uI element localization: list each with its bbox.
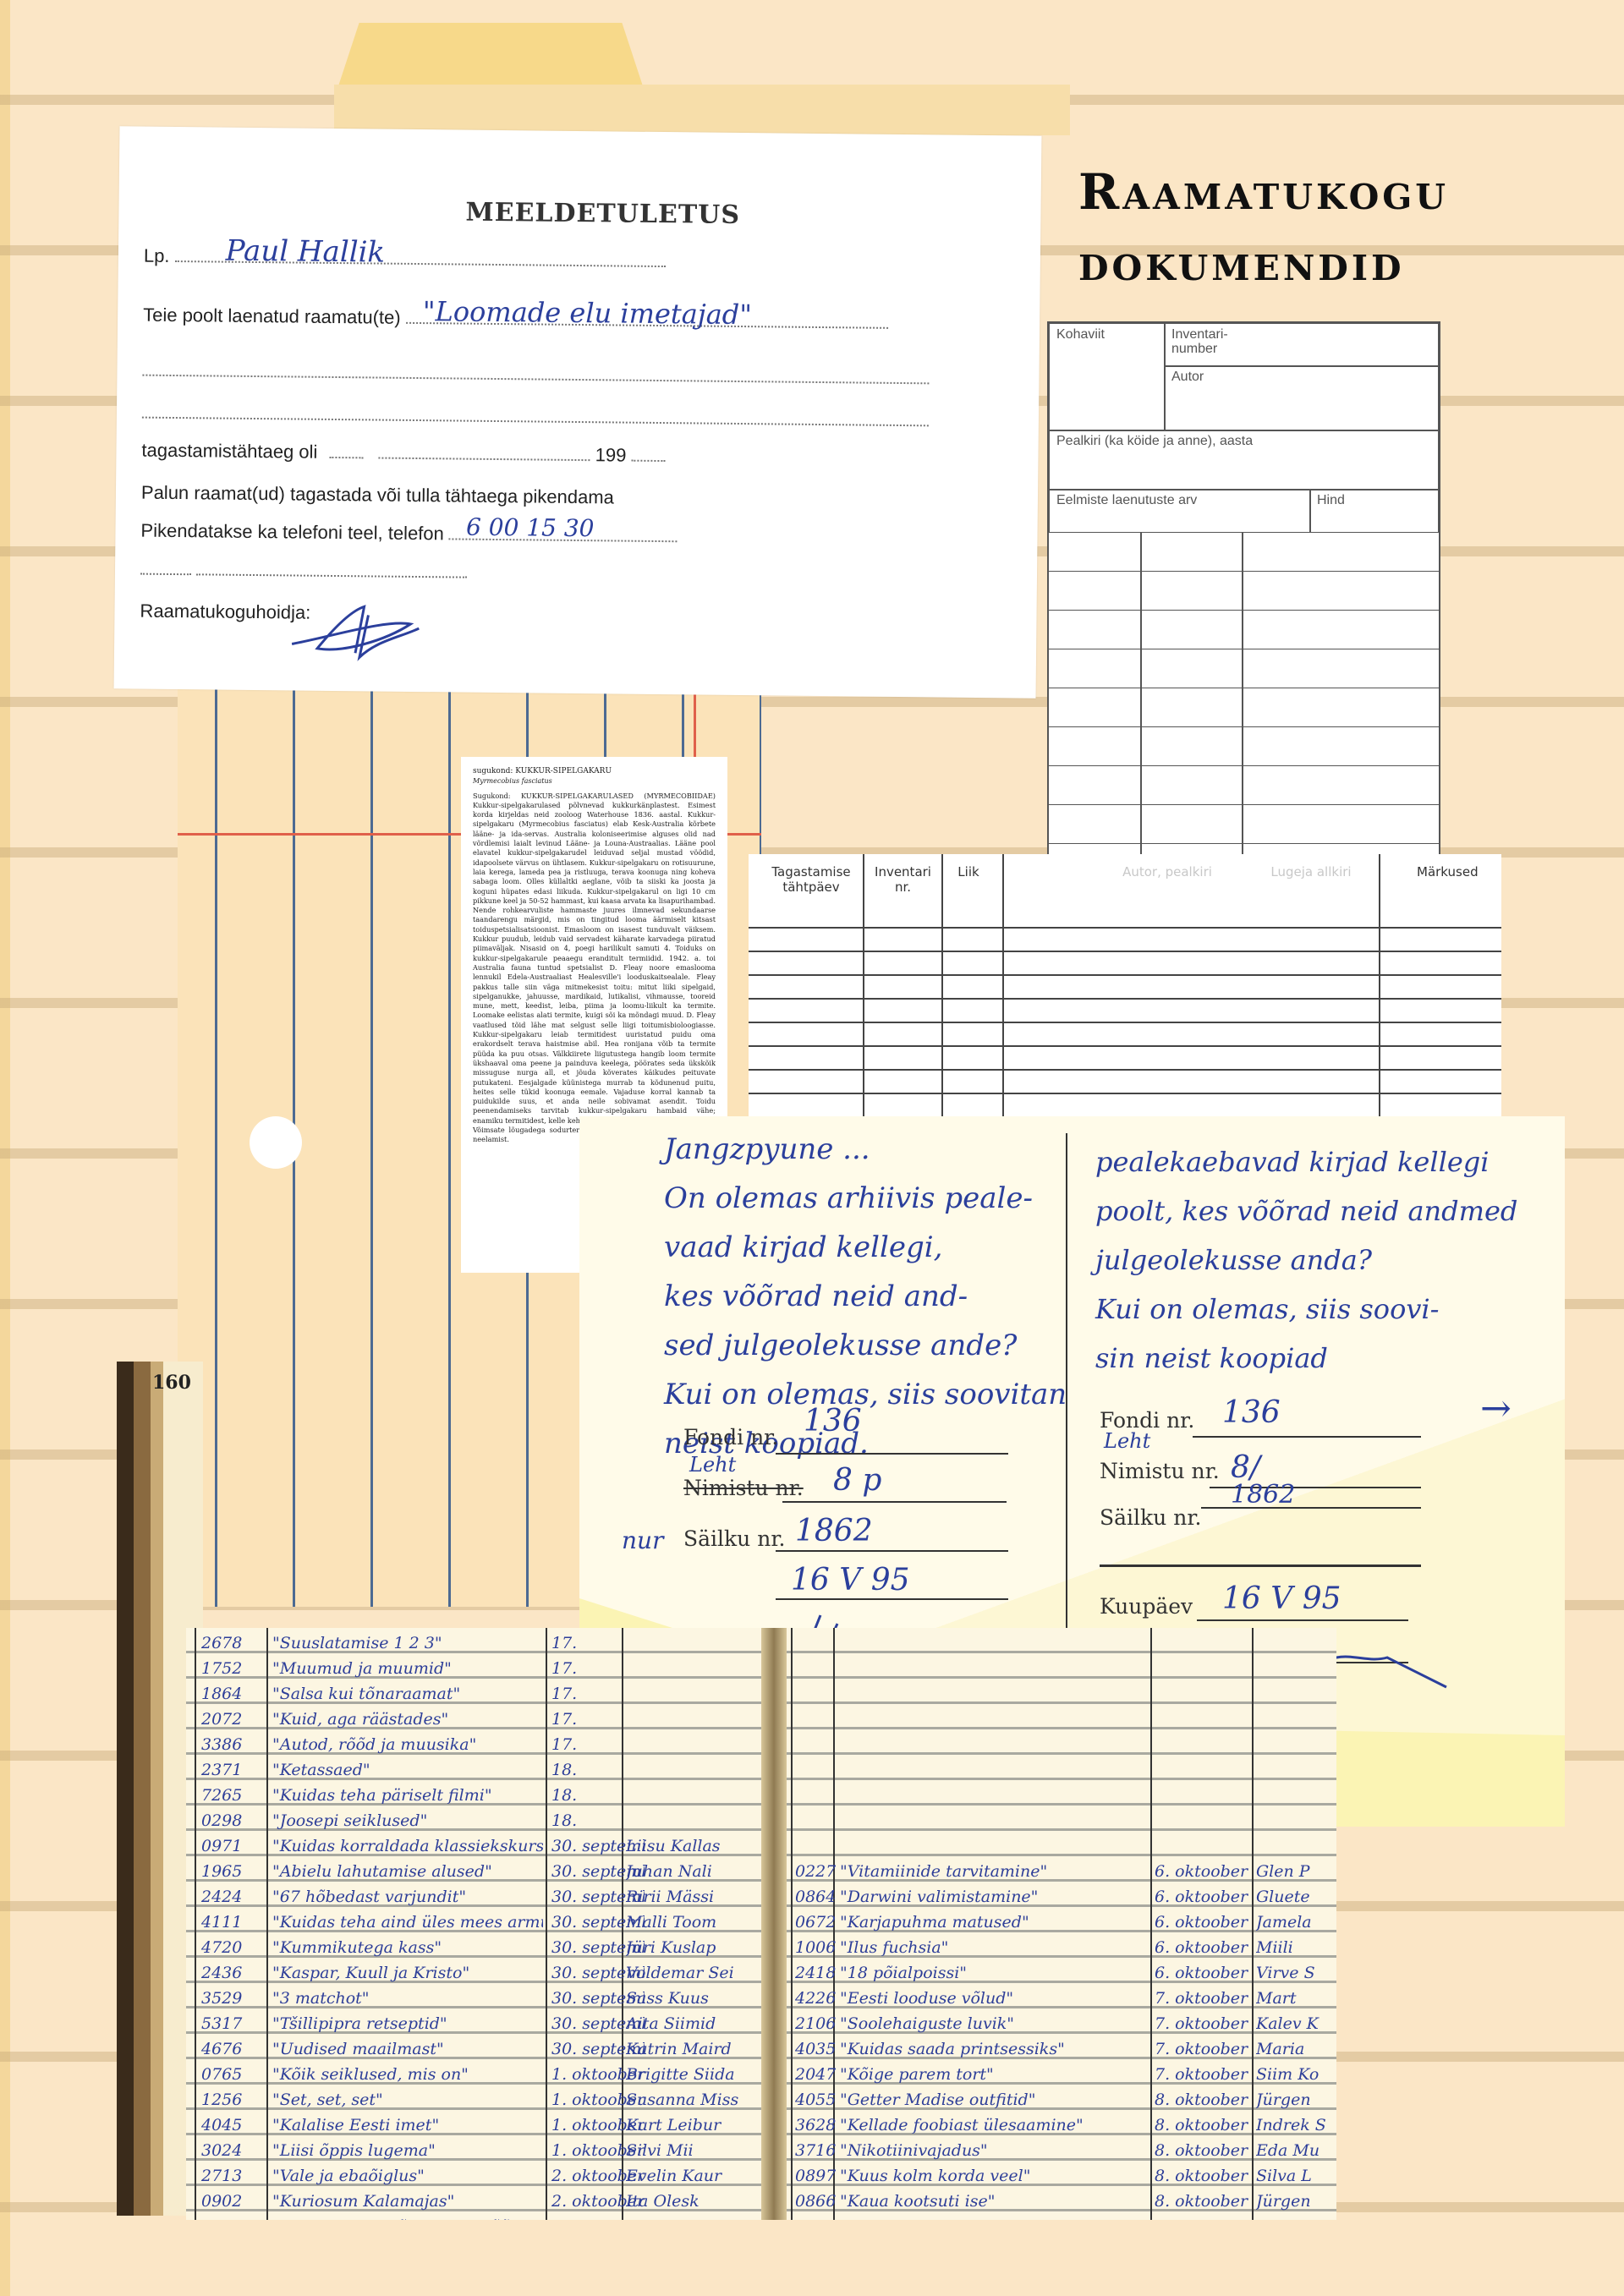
right-note-line: pealekaebavad kirjad kellegi bbox=[1095, 1137, 1517, 1186]
register-date: 17. bbox=[551, 1659, 645, 1678]
register-inv-number: 4476 bbox=[795, 2217, 836, 2220]
pealkiri-cell: Pealkiri (ka köide ja anne), aasta bbox=[1049, 430, 1439, 490]
sailiku-label-left: Säilku nr. bbox=[683, 1526, 785, 1551]
register-date: 17. bbox=[551, 1735, 645, 1754]
register-inv-number: 3386 bbox=[201, 1735, 265, 1754]
register-row: 0864"Darwini valimistamine"6. oktooberGl… bbox=[791, 1886, 1336, 1910]
register-date: 8. oktoober bbox=[1155, 2141, 1254, 2160]
register-title: "Set, set, set" bbox=[272, 2091, 543, 2109]
register-inv-number: 1965 bbox=[201, 1862, 265, 1881]
register-row: 0601"Kolmkeelsed sõnastikud sõõl"2. okto… bbox=[186, 2216, 778, 2220]
register-row: 2436"Kaspar, Kuull ja Kristo"30. septemb… bbox=[186, 1962, 778, 1986]
register-date: 8. oktoober bbox=[1155, 2192, 1254, 2211]
register-reader: Silva L bbox=[1256, 2167, 1336, 2185]
register-title: "Tšillipipra retseptid" bbox=[272, 2014, 543, 2033]
register-date: 7. oktoober bbox=[1155, 2065, 1254, 2084]
loan-form: Tagastamise tähtpäev Inventari nr. Liik … bbox=[749, 854, 1501, 1133]
register-inv-number: 1752 bbox=[201, 1659, 265, 1678]
register-row: 4226"Eesti looduse võlud"7. oktooberMart bbox=[791, 1987, 1336, 2012]
register-row: 7265"Kuidas teha päriselt filmi"18. bbox=[186, 1784, 778, 1809]
register-reader: Evelin Kaur bbox=[626, 2167, 761, 2185]
register-row: 4035"Kuidas saada printsessiks"7. oktoob… bbox=[791, 2038, 1336, 2063]
register-inv-number: 2678 bbox=[201, 1634, 265, 1652]
autor-cell: Autor bbox=[1164, 365, 1439, 431]
register-row: 1864"Salsa kui tõnaraamat"17. bbox=[186, 1683, 778, 1707]
register-title: "Joosepi seiklused" bbox=[272, 1811, 543, 1830]
register-inv-number: 3716 bbox=[795, 2141, 836, 2160]
register-title: "Kõige parem tort" bbox=[840, 2065, 1153, 2084]
register-title: "Kuriosum Kalamajas" bbox=[272, 2192, 543, 2211]
register-title: "Kuus kolm korda veel" bbox=[840, 2167, 1153, 2185]
register-row: 3716"Nikotiinivajadus"8. oktooberEda Mu bbox=[791, 2140, 1336, 2164]
register-title: "Getter Madise outfitid" bbox=[840, 2091, 1153, 2109]
register-title: "18 põialpoissi" bbox=[840, 1964, 1153, 1982]
kuupaev-value-right: 16 V 95 bbox=[1222, 1581, 1341, 1616]
register-row: 4720"Kummikutega kass"30. septemberJüri … bbox=[186, 1937, 778, 1961]
sailiku-value-left: 1862 bbox=[795, 1514, 873, 1548]
register-row: 0902"Kuriosum Kalamajas"2. oktooberIta O… bbox=[186, 2190, 778, 2215]
register-inv-number: 0298 bbox=[201, 1811, 265, 1830]
register-inv-number: 0864 bbox=[795, 1888, 836, 1906]
register-row: 1256"Set, set, set"1. oktooberSusanna Mi… bbox=[186, 2089, 778, 2113]
register-row: 4476"Banaani kolm ja juga"8. oktooberKik… bbox=[791, 2216, 1336, 2220]
register-title: "Ketassaed" bbox=[272, 1761, 543, 1779]
register-title: "Kuidas teha päriselt filmi" bbox=[272, 1786, 543, 1805]
register-row: 2047"Kõige parem tort"7. oktooberSiim Ko bbox=[791, 2063, 1336, 2088]
left-note-line: kes võõrad neid and- bbox=[664, 1272, 1067, 1321]
register-title: "Ilus fuchsia" bbox=[840, 1938, 1153, 1957]
register-date: 18. bbox=[551, 1786, 645, 1805]
register-inv-number: 1864 bbox=[201, 1685, 265, 1703]
register-row: 2713"Vale ja ebaõiglus"2. oktooberEvelin… bbox=[186, 2165, 778, 2189]
register-title: "Kuidas saada printsessiks" bbox=[840, 2040, 1153, 2058]
register-title: "Vitamiinide tarvitamine" bbox=[840, 1862, 1153, 1881]
register-title: "Soolehaiguste luvik" bbox=[840, 2014, 1153, 2033]
register-date: 6. oktoober bbox=[1155, 1888, 1254, 1906]
article-body: Sugukond: KUKKUR-SIPELGAKARULASED (MYRME… bbox=[473, 792, 716, 1145]
register-row: 0227"Vitamiinide tarvitamine"6. oktoober… bbox=[791, 1860, 1336, 1885]
register-row: 3529"3 matchot"30. septemberSass Kuus bbox=[186, 1987, 778, 2012]
register-reader: Kiki V bbox=[1256, 2217, 1336, 2220]
register-inv-number: 0672 bbox=[795, 1913, 836, 1932]
arrow-icon: → bbox=[1480, 1387, 1512, 1430]
header-inventari: Inventari nr. bbox=[867, 864, 939, 895]
register-reader: Virve S bbox=[1256, 1964, 1336, 1982]
register-row: 2371"Ketassaed"18. bbox=[186, 1759, 778, 1784]
register-title: "Karjapuhma matused" bbox=[840, 1913, 1153, 1932]
register-inv-number: 7265 bbox=[201, 1786, 265, 1805]
register-title: "Suuslatamise 1 2 3" bbox=[272, 1634, 543, 1652]
register-reader: Maria bbox=[1256, 2040, 1336, 2058]
register-inv-number: 2047 bbox=[795, 2065, 836, 2084]
register-title: "Uudised maailmast" bbox=[272, 2040, 543, 2058]
register-reader: Ita Olesk bbox=[626, 2192, 761, 2211]
left-handwritten-note: Jangzpyune ...On olemas arhiivis peale-v… bbox=[664, 1125, 1067, 1468]
register-inv-number: 4226 bbox=[795, 1989, 836, 2008]
register-row: 2678"Suuslatamise 1 2 3"17. bbox=[186, 1632, 778, 1657]
register-title: "Kuidas teha aind üles mees armulikult" bbox=[272, 1913, 543, 1932]
register-reader: Miili bbox=[1256, 1938, 1336, 1957]
register-inv-number: 2424 bbox=[201, 1888, 265, 1906]
register-date: 6. oktoober bbox=[1155, 1862, 1254, 1881]
register-title: "Nikotiinivajadus" bbox=[840, 2141, 1153, 2160]
register-reader: Susanna Miss bbox=[626, 2091, 761, 2109]
request-text: Palun raamat(ud) tagastada või tulla täh… bbox=[141, 482, 614, 509]
register-inv-number: 4111 bbox=[201, 1913, 265, 1932]
register-title: "Muumud ja muumid" bbox=[272, 1659, 543, 1678]
register-title: "Banaani kolm ja juga" bbox=[840, 2217, 1153, 2220]
article-latin-name: Myrmecobius fasciatus bbox=[473, 776, 716, 786]
register-row: 2424"67 hõbedast varjundit"30. september… bbox=[186, 1886, 778, 1910]
kuupaev-value-left: 16 V 95 bbox=[791, 1563, 910, 1597]
lp-label: Lp. bbox=[144, 245, 170, 266]
register-title: "3 matchot" bbox=[272, 1989, 543, 2008]
register-row: 5317"Tšillipipra retseptid"30. september… bbox=[186, 2013, 778, 2037]
lp-name: Paul Hallik bbox=[225, 234, 385, 270]
register-title: "Kolmkeelsed sõnastikud sõõl" bbox=[272, 2217, 543, 2220]
nimistu-value-left: 8 p bbox=[833, 1463, 881, 1498]
register-row: 0765"Kõik seiklused, mis on"1. oktooberB… bbox=[186, 2063, 778, 2088]
register-title: "Salsa kui tõnaraamat" bbox=[272, 1685, 543, 1703]
right-note-line: poolt, kes võõrad neid andmed bbox=[1095, 1186, 1517, 1236]
register-row: 0298"Joosepi seiklused"18. bbox=[186, 1810, 778, 1834]
register-date: 8. oktoober bbox=[1155, 2091, 1254, 2109]
loan-register: 2678"Suuslatamise 1 2 3"17.1752"Muumud j… bbox=[186, 1628, 1336, 2220]
register-row: 1752"Muumud ja muumid"17. bbox=[186, 1658, 778, 1682]
register-date: 8. oktoober bbox=[1155, 2116, 1254, 2134]
left-note-line: Jangzpyune ... bbox=[664, 1125, 1067, 1174]
register-inv-number: 4676 bbox=[201, 2040, 265, 2058]
article-heading: sugukond: KUKKUR-SIPELGAKARU bbox=[473, 767, 716, 776]
register-date: 18. bbox=[551, 1811, 645, 1830]
register-row: 0897"Kuus kolm korda veel"8. oktooberSil… bbox=[791, 2165, 1336, 2189]
register-inv-number: 0897 bbox=[795, 2167, 836, 2185]
register-row: 3386"Autod, rõõd ja muusika"17. bbox=[186, 1734, 778, 1758]
register-reader: Voldemar Sei bbox=[626, 1964, 761, 1982]
register-row: 4045"Kalalise Eesti imet"1. oktooberKurt… bbox=[186, 2114, 778, 2139]
register-inv-number: 0902 bbox=[201, 2192, 265, 2211]
register-reader: Jürgen bbox=[1256, 2091, 1336, 2109]
header-lugeja-allkiri: Lugeja allkiri bbox=[1256, 864, 1366, 879]
reminder-title: MEELDETULETUS bbox=[465, 198, 740, 230]
register-title: "Kaua kootsuti ise" bbox=[840, 2192, 1153, 2211]
register-title: "Kalalise Eesti imet" bbox=[272, 2116, 543, 2134]
folder-edge bbox=[334, 85, 1070, 135]
register-title: "67 hõbedast varjundit" bbox=[272, 1888, 543, 1906]
register-reader: Ririi Mässi bbox=[626, 1888, 761, 1906]
register-row: 3628"Kellade foobiast ülesaamine"8. okto… bbox=[791, 2114, 1336, 2139]
fond-label-left: Fondi nr. bbox=[683, 1425, 778, 1449]
register-reader: Sass Kuus bbox=[626, 1989, 761, 2008]
register-date: 8. oktoober bbox=[1155, 2167, 1254, 2185]
right-note-line: Kui on olemas, siis soovi- bbox=[1095, 1285, 1517, 1334]
due-year: 199 bbox=[595, 444, 627, 465]
lp-row: Lp. Paul Hallik bbox=[144, 245, 666, 272]
register-inv-number: 1006 bbox=[795, 1938, 836, 1957]
register-reader: Juhan Nali bbox=[626, 1862, 761, 1881]
nimistu-correction-right: Leht bbox=[1104, 1429, 1150, 1453]
register-date: 7. oktoober bbox=[1155, 2014, 1254, 2033]
right-note-line: sin neist koopiad bbox=[1095, 1334, 1517, 1383]
register-reader: Glen P bbox=[1256, 1862, 1336, 1881]
register-date: 17. bbox=[551, 1685, 645, 1703]
register-inv-number: 4720 bbox=[201, 1938, 265, 1957]
page-title-line2: dokumendid bbox=[1078, 227, 1552, 299]
register-title: "Autod, rõõd ja muusika" bbox=[272, 1735, 543, 1754]
fond-value-left: 136 bbox=[804, 1404, 862, 1438]
borrowed-row: Teie poolt laenatud raamatu(te) "Loomade… bbox=[143, 304, 888, 334]
register-reader: Kurt Leibur bbox=[626, 2116, 761, 2134]
register-title: "Kellade foobiast ülesaamine" bbox=[840, 2116, 1153, 2134]
left-note-line: sed julgeolekusse ande? bbox=[664, 1321, 1067, 1370]
left-note-line: Kui on olemas, siis soovitan bbox=[664, 1370, 1067, 1419]
phone-label: Pikendatakse ka telefoni teel, telefon bbox=[140, 520, 444, 545]
register-row: 0672"Karjapuhma matused"6. oktooberJamel… bbox=[791, 1911, 1336, 1936]
register-date: 6. oktoober bbox=[1155, 1964, 1254, 1982]
register-inv-number: 1256 bbox=[201, 2091, 265, 2109]
register-title: "Eesti looduse võlud" bbox=[840, 1989, 1153, 2008]
register-title: "Kummikutega kass" bbox=[272, 1938, 543, 1957]
register-title: "Kuidas korraldada klassiekskursiooni" bbox=[272, 1837, 543, 1855]
due-label: tagastamistähtaeg oli bbox=[141, 440, 317, 463]
register-row: 1006"Ilus fuchsia"6. oktooberMiili bbox=[791, 1937, 1336, 1961]
register-reader: Liisu Kallas bbox=[626, 1837, 761, 1855]
punch-hole bbox=[250, 1116, 302, 1169]
register-inv-number: 2713 bbox=[201, 2167, 265, 2185]
borrowed-book: "Loomade elu imetajad" bbox=[423, 295, 753, 331]
register-date: 7. oktoober bbox=[1155, 1989, 1254, 2008]
hind-cell: Hind bbox=[1309, 489, 1439, 533]
register-date: 6. oktoober bbox=[1155, 1938, 1254, 1957]
register-row: 4676"Uudised maailmast"30. septemberKatr… bbox=[186, 2038, 778, 2063]
register-reader: Jürgen bbox=[1256, 2192, 1336, 2211]
fond-value-right: 136 bbox=[1222, 1395, 1281, 1430]
register-date: 6. oktoober bbox=[1155, 1913, 1254, 1932]
sailiku-label-right: Säilku nr. bbox=[1100, 1505, 1201, 1530]
right-handwritten-note: pealekaebavad kirjad kellegipoolt, kes v… bbox=[1095, 1137, 1517, 1383]
phone-number: 6 00 15 30 bbox=[466, 513, 595, 543]
register-inv-number: 0765 bbox=[201, 2065, 265, 2084]
register-title: "Kõik seiklused, mis on" bbox=[272, 2065, 543, 2084]
register-reader: Indrek S bbox=[1256, 2116, 1336, 2134]
sailiku-value-right: 1862 bbox=[1231, 1480, 1295, 1510]
nimistu-label-left: Nimistu nr. bbox=[683, 1476, 804, 1500]
borrowed-label: Teie poolt laenatud raamatu(te) bbox=[143, 304, 401, 328]
header-autor-pealkiri: Autor, pealkiri bbox=[1104, 864, 1231, 879]
register-inv-number: 0227 bbox=[795, 1862, 836, 1881]
register-inv-number: 0866 bbox=[795, 2192, 836, 2211]
eelmiste-cell: Eelmiste laenutuste arv bbox=[1049, 489, 1311, 533]
margin-scribble: nur bbox=[622, 1526, 663, 1554]
register-date: 2. oktoober bbox=[551, 2217, 645, 2220]
register-row: 4055"Getter Madise outfitid"8. oktooberJ… bbox=[791, 2089, 1336, 2113]
register-date: 8. oktoober bbox=[1155, 2217, 1254, 2220]
register-inv-number: 3529 bbox=[201, 1989, 265, 2008]
right-note-line: julgeolekusse anda? bbox=[1095, 1236, 1517, 1285]
register-row: 0866"Kaua kootsuti ise"8. oktooberJürgen bbox=[791, 2190, 1336, 2215]
register-date: 18. bbox=[551, 1761, 645, 1779]
register-reader: Eda Mu bbox=[1256, 2141, 1336, 2160]
book-page-number: 160 bbox=[152, 1372, 191, 1394]
register-inv-number: 0971 bbox=[201, 1837, 265, 1855]
register-inv-number: 4055 bbox=[795, 2091, 836, 2109]
register-title: "Darwini valimistamine" bbox=[840, 1888, 1153, 1906]
register-reader: Jüri Kuslap bbox=[626, 1938, 761, 1957]
register-reader: Aita Siimid bbox=[626, 2014, 761, 2033]
header-markused: Märkused bbox=[1417, 864, 1501, 879]
register-date: 17. bbox=[551, 1710, 645, 1729]
register-title: "Abielu lahutamise alused" bbox=[272, 1862, 543, 1881]
register-reader: Siim Ko bbox=[1256, 2065, 1336, 2084]
kuupaev-label: Kuupäev bbox=[1100, 1594, 1193, 1619]
register-reader: Katrin Maird bbox=[626, 2040, 761, 2058]
register-inv-number: 4035 bbox=[795, 2040, 836, 2058]
register-reader: Gluete bbox=[1256, 1888, 1336, 1906]
register-date: 7. oktoober bbox=[1155, 2040, 1254, 2058]
register-row: 2106"Soolehaiguste luvik"7. oktooberKale… bbox=[791, 2013, 1336, 2037]
page-title: Raamatukogu dokumendid bbox=[1078, 156, 1552, 299]
register-row: 1965"Abielu lahutamise alused"30. septem… bbox=[186, 1860, 778, 1885]
register-inv-number: 0601 bbox=[201, 2217, 265, 2220]
register-inv-number: 2072 bbox=[201, 1710, 265, 1729]
nimistu-label-right: Nimistu nr. bbox=[1100, 1459, 1220, 1483]
due-row: tagastamistähtaeg oli 199 bbox=[141, 440, 665, 467]
page-title-line1: Raamatukogu bbox=[1078, 156, 1552, 227]
register-reader: Jamela bbox=[1256, 1913, 1336, 1932]
register-reader: Silvi Mii bbox=[626, 2141, 761, 2160]
register-row: 0971"Kuidas korraldada klassiekskursioon… bbox=[186, 1835, 778, 1860]
register-date: 17. bbox=[551, 1634, 645, 1652]
phone-row: Pikendatakse ka telefoni teel, telefon 6… bbox=[140, 520, 678, 548]
header-tagastamise: Tagastamise tähtpäev bbox=[760, 864, 862, 895]
register-inv-number: 2436 bbox=[201, 1964, 265, 1982]
register-row: 3024"Liisi õppis lugema"1. oktooberSilvi… bbox=[186, 2140, 778, 2164]
register-title: "Vale ja ebaõiglus" bbox=[272, 2167, 543, 2185]
register-inv-number: 2371 bbox=[201, 1761, 265, 1779]
register-inv-number: 5317 bbox=[201, 2014, 265, 2033]
reminder-card: MEELDETULETUS Lp. Paul Hallik Teie poolt… bbox=[114, 126, 1042, 698]
inventarinumber-cell: Inventari- number bbox=[1164, 323, 1439, 367]
header-liik: Liik bbox=[943, 864, 994, 879]
register-inv-number: 3628 bbox=[795, 2116, 836, 2134]
register-row: 2418"18 põialpoissi"6. oktooberVirve S bbox=[791, 1962, 1336, 1986]
register-reader: Brigitte Siida bbox=[626, 2065, 761, 2084]
librarian-signature bbox=[283, 601, 428, 662]
register-title: "Liisi õppis lugema" bbox=[272, 2141, 543, 2160]
register-reader: Malli Toom bbox=[626, 1913, 761, 1932]
register-reader: Kalev K bbox=[1256, 2014, 1336, 2033]
kohaviit-cell: Kohaviit bbox=[1049, 323, 1166, 431]
register-inv-number: 4045 bbox=[201, 2116, 265, 2134]
register-inv-number: 2106 bbox=[795, 2014, 836, 2033]
register-row: 4111"Kuidas teha aind üles mees armuliku… bbox=[186, 1911, 778, 1936]
nimistu-correction-left: Leht bbox=[689, 1453, 736, 1477]
register-row: 2072"Kuid, aga räästades"17. bbox=[186, 1708, 778, 1733]
register-title: "Kuid, aga räästades" bbox=[272, 1710, 543, 1729]
left-note-line: vaad kirjad kellegi, bbox=[664, 1223, 1067, 1272]
register-reader: Mart bbox=[1256, 1989, 1336, 2008]
register-title: "Kaspar, Kuull ja Kristo" bbox=[272, 1964, 543, 1982]
left-note-line: On olemas arhiivis peale- bbox=[664, 1174, 1067, 1223]
register-inv-number: 3024 bbox=[201, 2141, 265, 2160]
register-inv-number: 2418 bbox=[795, 1964, 836, 1982]
